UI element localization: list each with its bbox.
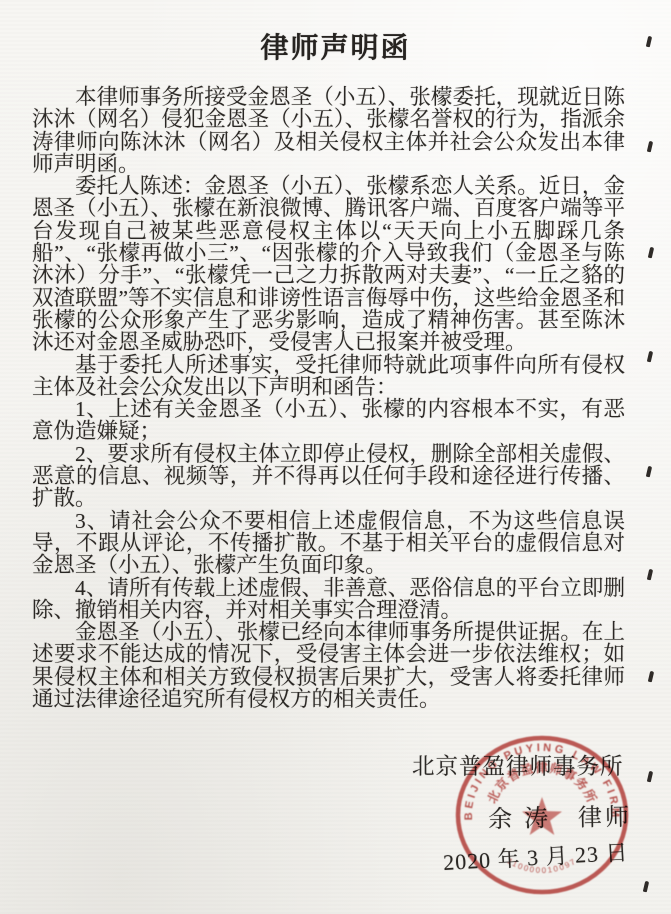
edge-tick-mark: [648, 671, 654, 683]
paragraph-item-4: 4、请所有传载上述虚假、非善意、恶俗信息的平台立即删除、撤销相关内容，并对相关事…: [32, 577, 625, 622]
edge-tick-mark: [647, 569, 653, 581]
edge-tick-mark: [647, 771, 653, 783]
signature-lawyer-name: 余 涛 律师: [488, 797, 633, 835]
paragraph-client-statement: 委托人陈述：金恩圣（小五）、张檬系恋人关系。近日，金恩圣（小五）、张檬在新浪微博…: [32, 175, 625, 353]
signature-firm-name: 北京普盈律师事务所: [412, 749, 624, 781]
paragraph-item-1: 1、上述有关金恩圣（小五）、张檬的内容根本不实，有恶意伪造嫌疑；: [32, 398, 625, 443]
paragraph-item-3: 3、请社会公众不要相信上述虚假信息，不为这些信息误导，不跟从评论，不传播扩散。不…: [32, 510, 625, 577]
edge-tick-mark: [647, 351, 653, 363]
paragraph-intro: 本律师事务所接受金恩圣（小五）、张檬委托，现就近日陈沐沐（网名）侵犯金恩圣（小五…: [32, 86, 625, 175]
edge-tick-mark: [643, 881, 649, 893]
edge-tick-mark: [646, 466, 652, 478]
paragraph-declaration-lead: 基于委托人所述事实，受托律师特就此项事件向所有侵权主体及社会公众发出以下声明和函…: [32, 354, 625, 399]
document-body: 本律师事务所接受金恩圣（小五）、张檬委托，现就近日陈沐沐（网名）侵犯金恩圣（小五…: [32, 86, 625, 710]
document-title: 律师声明函: [0, 26, 671, 66]
paragraph-item-2: 2、要求所有侵权主体立即停止侵权，删除全部相关虚假、恶意的信息、视频等，并不得再…: [32, 443, 625, 510]
paragraph-closing: 金恩圣（小五）、张檬已经向本律师事务所提供证据。在上述要求不能达成的情况下，受侵…: [32, 621, 625, 710]
scanned-document-page: 律师声明函 本律师事务所接受金恩圣（小五）、张檬委托，现就近日陈沐沐（网名）侵犯…: [0, 0, 671, 914]
edge-tick-mark: [647, 141, 653, 153]
edge-tick-mark: [648, 247, 654, 259]
signature-date: 2020 年 3 月 23 日: [442, 836, 629, 877]
